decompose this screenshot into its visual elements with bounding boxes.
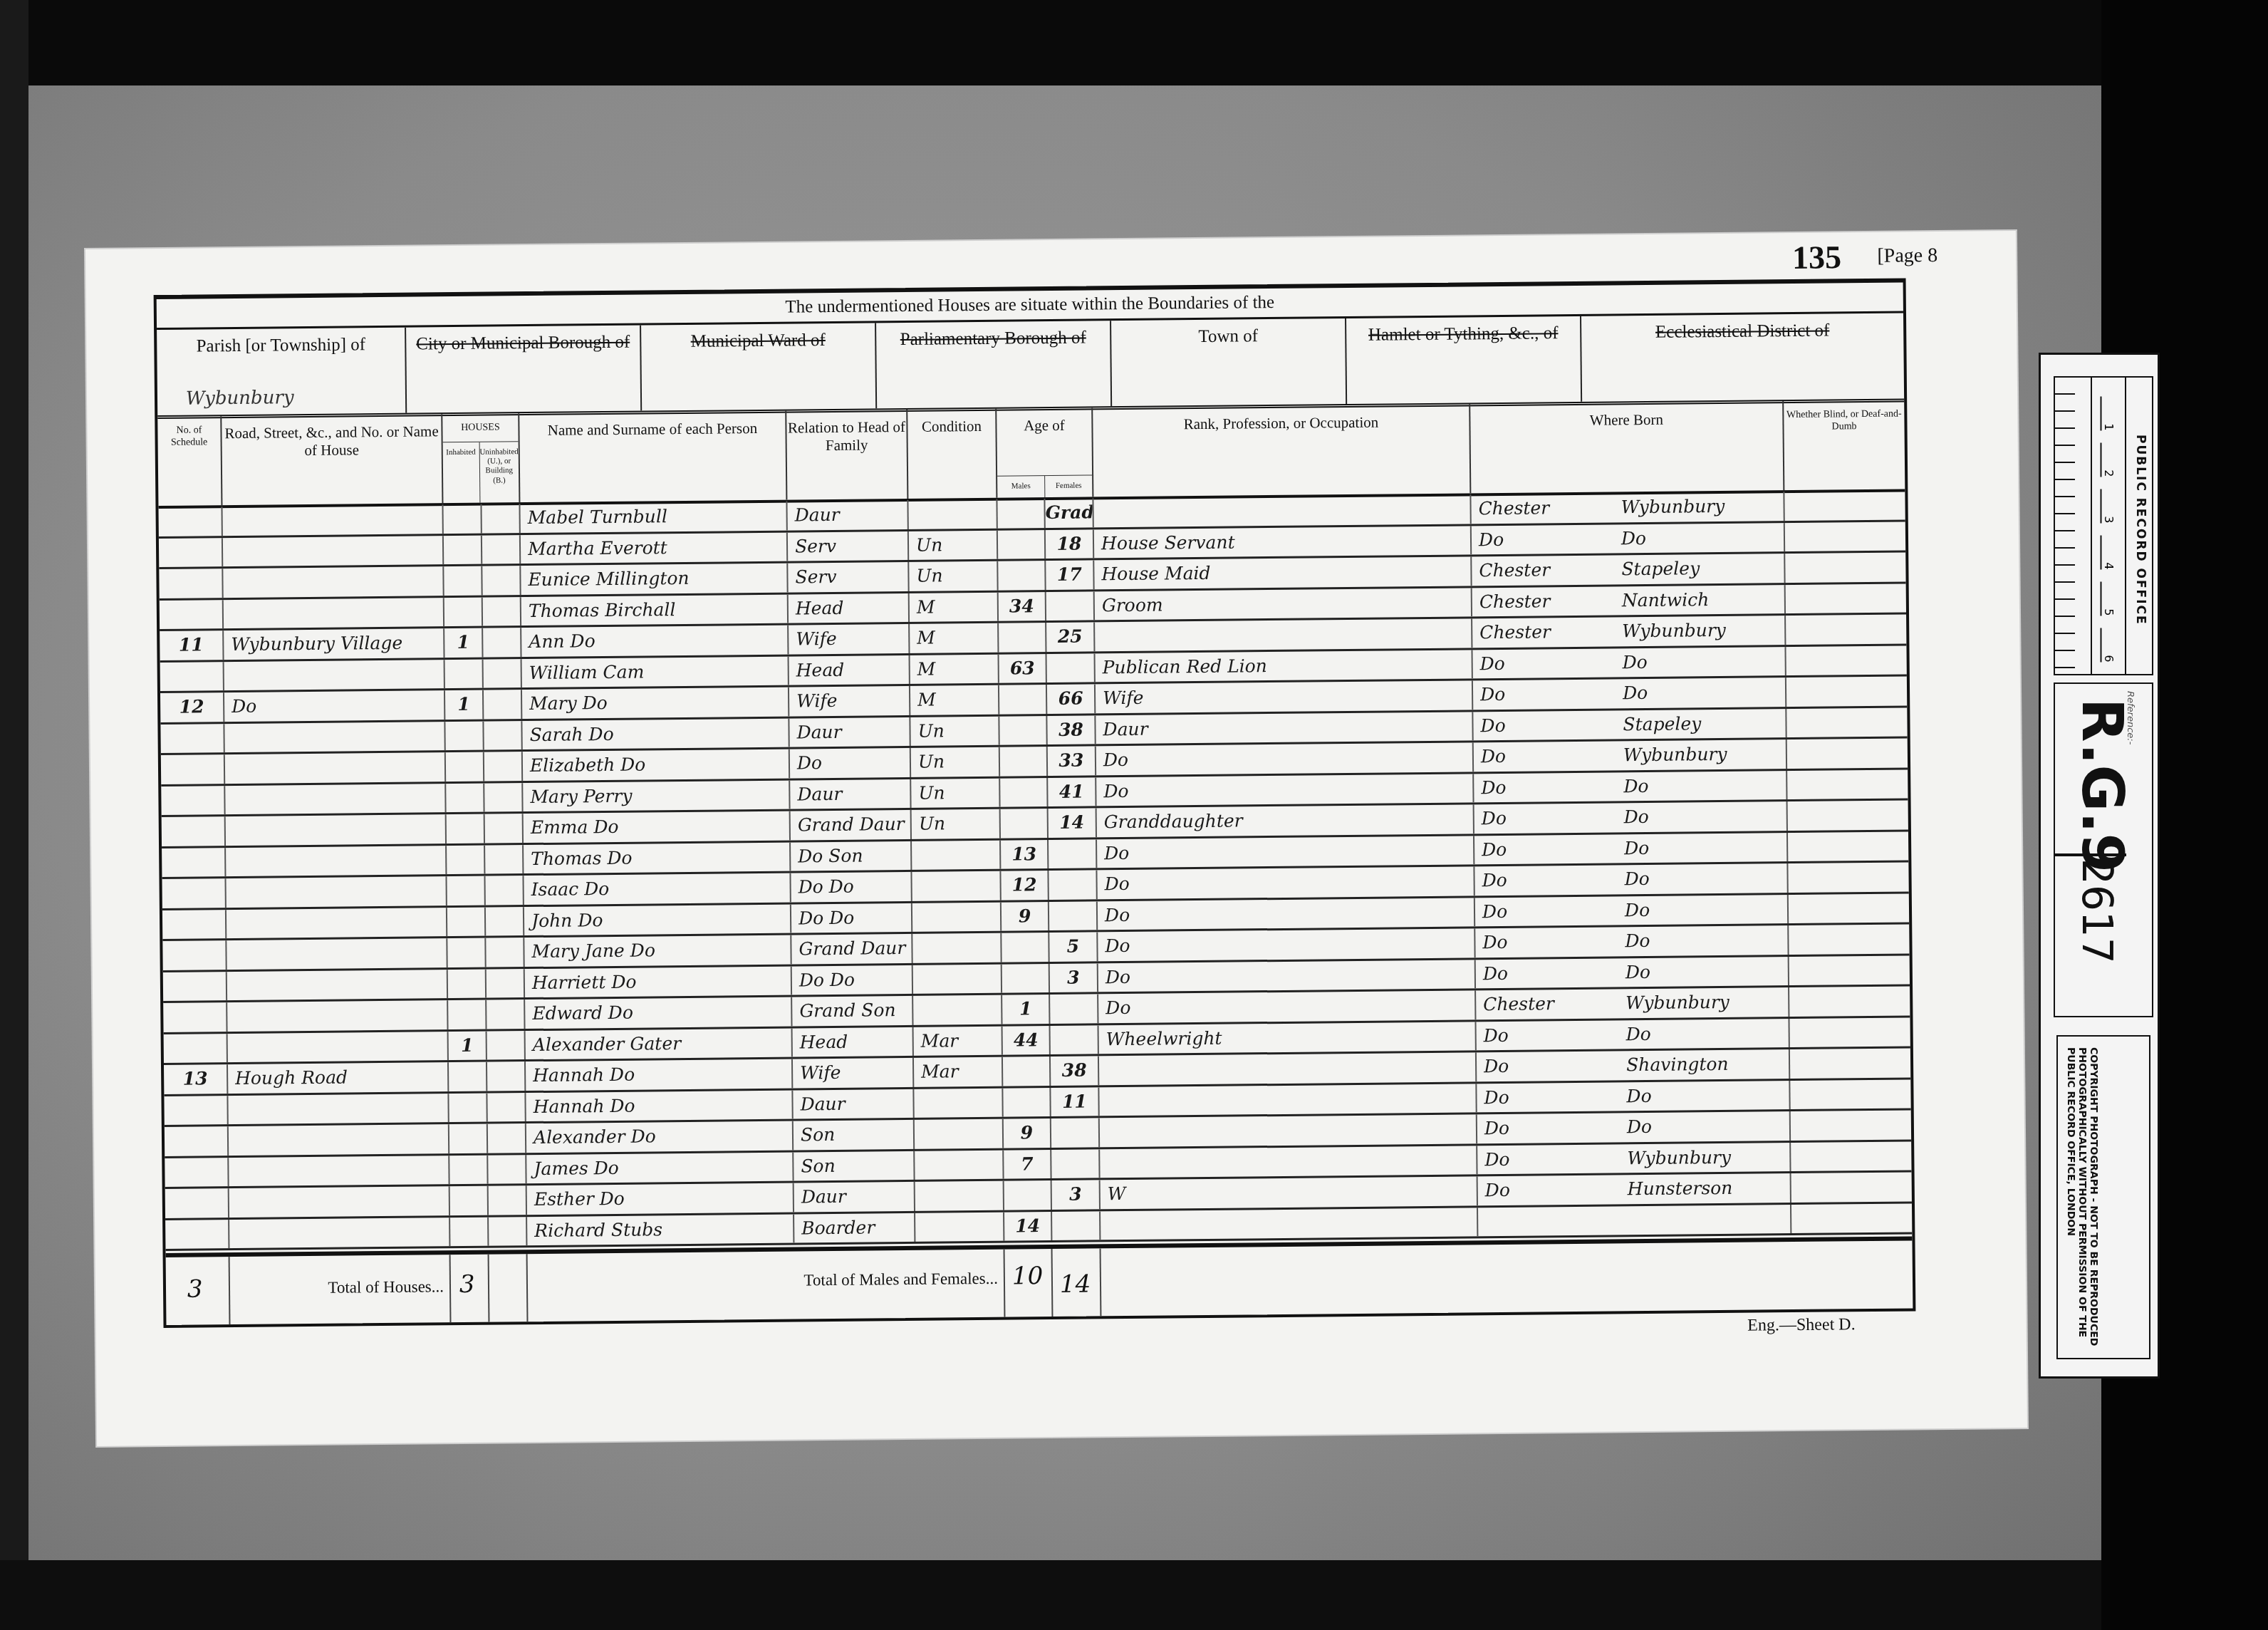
cell-county: Chester [1472,586,1615,616]
scan-border-left [0,0,28,1630]
cell-county: Do [1474,803,1617,833]
cell-male-age: 7 [1004,1150,1051,1179]
cell-name: Mary Do [522,687,789,719]
cell-relation: Do [790,748,911,778]
cell-parish: Wybunbury [1616,739,1787,770]
cell-relation: Grand Daur [791,934,912,964]
cell-male-age: 34 [999,592,1046,621]
cell-condition: Un [910,716,999,746]
cell-schedule [165,1126,229,1156]
cell-address [229,1218,450,1248]
cell-uninhabited [487,1093,526,1122]
ruler-mark: 3 [2101,489,2116,524]
cell-address [225,784,446,814]
cell-female-age: 14 [1049,808,1097,837]
cell-schedule [164,1034,228,1063]
page-label: [Page 8 [1877,244,1937,268]
cell-occupation: Do [1096,742,1474,775]
cell-male-age [997,499,1045,528]
cell-female-age [1049,839,1097,868]
cell-parish: Do [1616,771,1787,801]
cell-uninhabited [483,597,521,626]
cell-female-age: 41 [1048,777,1096,806]
cell-occupation: Daur [1096,712,1473,744]
folio-number: 135 [1792,238,1842,276]
cell-name: James Do [526,1152,794,1183]
cell-male-age: 1 [1002,995,1050,1024]
cell-inhabited [445,721,484,750]
total-males-cell: 10 [1005,1249,1054,1317]
cell-occupation [1101,1208,1478,1240]
cell-occupation [1100,1146,1477,1178]
cell-disability [1791,1172,1912,1202]
cell-condition [912,902,1002,932]
cell-address: Hough Road [228,1062,449,1093]
cell-name: William Cam [522,656,789,687]
cell-male-age [1000,747,1048,776]
cell-parish: Wybunbury [1618,987,1789,1018]
cell-female-age: 17 [1046,560,1094,589]
total-houses-label-cell: Total of Houses... [230,1255,452,1324]
cell-address [229,1156,449,1186]
admin-division-label: Parish [or Township] of [196,335,365,355]
cell-schedule [159,538,223,567]
header-disability: Whether Blind, or Deaf-and-Dumb [1784,400,1905,491]
cell-inhabited [446,783,484,812]
cell-county: Chester [1472,555,1614,585]
cell-name: Isaac Do [524,873,791,905]
cell-name: Alexander Gater [526,1028,793,1059]
total-schedules-cell: 3 [166,1257,231,1325]
admin-division-label: Hamlet or Tything, &c., of [1368,323,1559,345]
cell-uninhabited [486,938,524,967]
cell-occupation: Do [1097,866,1474,899]
cell-female-age [1047,653,1096,682]
cell-relation: Son [794,1151,915,1180]
cell-condition: Un [912,809,1001,839]
cell-schedule: 12 [160,692,224,722]
cell-inhabited [448,969,487,998]
cell-male-age [1000,778,1048,807]
header-females: Females [1045,475,1092,497]
cell-schedule [163,1002,227,1032]
cell-condition [913,964,1002,994]
cell-condition: Mar [914,1026,1003,1056]
cell-male-age [1003,1057,1051,1086]
cell-male-age [999,716,1047,745]
cell-female-age: 3 [1050,963,1098,992]
cell-male-age [1003,1088,1051,1117]
cell-disability [1791,1110,1911,1140]
cell-schedule [161,754,225,784]
cell-name: Hannah Do [526,1090,793,1121]
cell-condition [915,1181,1004,1211]
cell-female-age [1051,1118,1100,1147]
cell-uninhabited [487,1031,526,1060]
cell-inhabited: 1 [445,690,484,720]
cell-county: Do [1477,1051,1619,1081]
cell-relation: Head [793,1027,914,1057]
cell-female-age: 25 [1046,622,1095,651]
header-where-born: Where Born [1470,401,1784,493]
cell-schedule [160,662,224,691]
header-males: Males [997,476,1045,498]
cell-uninhabited [488,1123,526,1153]
cell-inhabited [444,597,483,626]
cell-name: Harriett Do [525,966,792,997]
cell-male-age: 9 [1004,1118,1051,1148]
cell-male-age: 14 [1004,1212,1052,1241]
cell-disability [1787,769,1908,799]
cell-parish: Shavington [1619,1049,1790,1080]
cell-county: Do [1476,1020,1618,1050]
total-persons-label: Total of Males and Females... [803,1270,998,1290]
cell-occupation [1099,1052,1477,1085]
measurement-ruler: 123456 PUBLIC RECORD OFFICE [2054,376,2153,675]
cell-uninhabited [482,535,521,564]
cell-male-age [999,685,1047,714]
cell-occupation: Do [1097,836,1474,868]
cell-name: Esther Do [527,1183,794,1215]
cell-condition [915,1212,1004,1242]
admin-division-4: Town of [1111,318,1347,406]
public-record-office-label: PUBLIC RECORD OFFICE [2133,435,2148,625]
cell-relation: Wife [793,1058,914,1088]
cell-county: Do [1473,679,1616,709]
admin-division-label: Ecclesiastical District of [1655,321,1830,342]
cell-address [224,722,445,752]
cell-female-age [1050,994,1098,1023]
cell-parish: Stapeley [1616,709,1786,739]
cell-address [225,752,446,783]
cell-disability [1787,738,1908,768]
cell-occupation: W [1101,1176,1478,1209]
cell-female-age: 3 [1052,1180,1101,1209]
cell-uninhabited [489,1217,527,1246]
admin-division-6: Ecclesiastical District of [1581,313,1904,402]
cell-male-age [1002,964,1050,993]
cell-address [226,814,447,845]
cell-schedule [158,507,222,536]
cell-occupation: Publican Red Lion [1096,650,1473,682]
cell-inhabited: 1 [444,628,483,658]
cell-name: Mabel Turnbull [520,502,787,533]
cell-condition [912,840,1001,870]
ruler-inch-scale [2055,378,2092,674]
cell-county: Do [1474,865,1617,895]
cell-relation: Wife [789,686,910,716]
cell-relation: Daur [790,779,911,809]
cell-male-age: 9 [1002,902,1049,931]
totals-row: 3 Total of Houses... 3 Total of Males an… [166,1236,1913,1325]
cell-disability [1790,1079,1910,1109]
cell-inhabited [449,1062,487,1091]
cell-inhabited [444,535,482,564]
cell-occupation: House Servant [1094,526,1472,559]
cell-relation: Grand Son [792,996,913,1026]
age-subcolumns: Males Females [997,474,1092,497]
cell-male-age [1001,809,1049,838]
cell-address: Do [224,690,445,721]
cell-inhabited [447,876,485,905]
cell-relation: Do Do [791,903,912,933]
ruler-mark: 5 [2101,582,2116,616]
cell-condition: M [910,654,999,684]
cell-name: Hannah Do [526,1059,793,1091]
cell-male-age: 12 [1001,871,1049,900]
cell-parish: Do [1614,523,1785,554]
cell-address [224,598,444,628]
cell-inhabited [443,504,482,534]
cell-relation: Grand Daur [791,810,912,840]
admin-division-5: Hamlet or Tything, &c., of [1346,316,1582,404]
header-age: Age of Males Females [997,407,1093,497]
cell-condition [914,1088,1003,1118]
cell-parish: Wybunbury [1620,1143,1791,1173]
cell-county [1478,1206,1621,1236]
cell-name: Thomas Do [524,842,791,873]
total-persons-label-cell: Total of Males and Females... [528,1250,1006,1322]
cell-relation: Boarder [794,1213,915,1242]
ruler-mark: 4 [2101,536,2116,570]
cell-name: Sarah Do [522,718,789,749]
header-houses-label: HOUSES [461,422,500,433]
cell-schedule [159,569,223,598]
cell-uninhabited [484,721,522,750]
cell-schedule [162,910,227,939]
cell-address [223,536,444,566]
cell-uninhabited [486,907,524,936]
cell-schedule [163,972,227,1001]
cell-female-age: 18 [1046,529,1094,559]
header-uninhabited: Uninhabited (U.), or Building (B.) [479,442,519,503]
cell-inhabited [450,1217,489,1246]
header-condition: Condition [907,409,997,499]
cell-name: Mary Perry [523,780,790,811]
cell-condition: M [910,685,999,715]
admin-division-label: Town of [1198,326,1258,346]
cell-disability [1786,583,1906,613]
cell-occupation: Granddaughter [1097,804,1474,837]
cell-address [227,970,448,1000]
cell-schedule [165,1158,229,1187]
cell-uninhabited [487,969,525,998]
cell-condition [912,933,1002,963]
header-relation: Relation to Head of Family [786,410,908,500]
cell-address [229,1124,449,1155]
cell-schedule: 11 [160,630,224,660]
cell-uninhabited [489,1185,527,1215]
houses-subcolumns: Inhabited Uninhabited (U.), or Building … [443,441,519,503]
cell-uninhabited [484,783,523,812]
reference-divider [2055,853,2126,856]
cell-relation: Son [794,1120,915,1150]
cell-parish: Do [1620,1111,1791,1142]
total-schedules: 3 [187,1275,203,1303]
cell-disability [1786,707,1907,737]
cell-county: Chester [1472,617,1615,647]
cell-disability [1789,986,1910,1016]
cell-inhabited: 1 [449,1031,487,1060]
cell-schedule [160,724,224,753]
cell-schedule [165,1220,229,1249]
cell-female-age: 5 [1049,932,1098,961]
cell-relation: Do Do [791,872,912,902]
cell-condition: Un [909,530,998,560]
cell-parish: Do [1616,678,1786,708]
cell-county: Chester [1471,493,1613,523]
cell-county: Do [1474,834,1617,864]
cell-female-age: 33 [1048,746,1096,775]
cell-address [226,846,447,876]
cell-schedule [165,1188,229,1218]
cell-county: Do [1472,648,1615,678]
cell-county: Do [1474,772,1616,802]
cell-county: Chester [1476,989,1618,1019]
copyright-text: COPYRIGHT PHOTOGRAPH - NOT TO BE REPRODU… [2065,1047,2099,1358]
cell-occupation: Do [1098,990,1476,1023]
cell-female-age: Grad [1045,498,1093,527]
cell-county: Do [1476,958,1618,988]
totals-blank [1101,1240,1913,1316]
cell-schedule [162,848,226,877]
reference-piece: 2617 [2073,858,2121,964]
cell-condition: Un [911,778,1000,808]
scan-border-bottom [0,1560,2268,1630]
total-houses-label: Total of Houses... [328,1277,444,1297]
cell-female-age: 11 [1051,1087,1099,1116]
cell-male-age [998,530,1046,559]
cell-schedule [160,600,224,629]
cell-occupation [1099,1084,1477,1116]
cell-condition: Mar [914,1057,1003,1087]
cell-relation: Wife [789,624,910,654]
header-address: Road, Street, &c., and No. or Name of Ho… [222,414,443,505]
cell-name: Edward Do [525,997,792,1029]
cell-name: Emma Do [524,811,791,843]
reference-box: Reference:- R.G.9 2617 [2054,682,2153,1017]
cell-relation: Daur [787,500,908,530]
cell-relation: Head [789,655,910,685]
cell-county: Do [1472,524,1614,554]
cell-occupation: Groom [1095,588,1472,621]
cell-county: Do [1477,1113,1620,1143]
cell-disability [1785,521,1905,551]
cell-inhabited [447,938,486,967]
cell-name: Eunice Millington [521,564,788,595]
cell-relation: Daur [789,717,910,747]
cell-condition: M [910,592,999,622]
cell-parish: Do [1618,925,1789,956]
total-females-cell: 14 [1053,1248,1102,1317]
admin-division-0: Parish [or Township] ofWybunbury [157,328,407,415]
cell-occupation: Do [1098,928,1475,961]
cell-male-age: 44 [1003,1026,1051,1055]
cell-inhabited [447,814,485,843]
cell-name: Elizabeth Do [523,749,790,781]
cell-parish [1621,1205,1791,1235]
cell-uninhabited [488,1155,526,1184]
cell-male-age: 13 [1001,840,1049,869]
total-females: 14 [1060,1270,1091,1299]
cell-inhabited [447,845,485,874]
cell-county: Do [1477,1082,1619,1112]
census-entries: Mabel TurnbullDaurGradChesterWybunburyMa… [158,490,1912,1250]
cell-relation: Daur [793,1089,914,1118]
cell-county: Do [1478,1175,1621,1205]
cell-disability [1786,614,1906,644]
total-uninhabited-cell [489,1254,529,1322]
cell-inhabited [450,1186,489,1215]
cell-occupation: Wife [1096,680,1473,713]
cell-disability [1791,1141,1911,1171]
cell-name: Martha Everott [521,532,788,564]
cell-female-age [1049,901,1098,930]
cell-male-age [999,623,1046,652]
header-name: Name and Surname of each Person [519,411,787,503]
cell-inhabited [444,566,482,596]
admin-division-label: Parliamentary Borough of [900,328,1086,350]
cell-county: Do [1477,1144,1620,1174]
cell-disability [1786,676,1907,706]
cell-name: Ann Do [521,625,789,657]
cell-address [226,876,447,907]
cell-relation: Do Do [792,965,913,995]
cell-parish: Wybunbury [1613,492,1784,522]
cell-occupation: Wheelwright [1099,1022,1477,1054]
cell-uninhabited [483,628,521,657]
cell-uninhabited [484,659,522,688]
cell-parish: Do [1619,1081,1790,1111]
cell-disability [1789,955,1910,985]
cell-uninhabited [482,504,520,533]
cell-address [229,1186,450,1217]
cell-address [227,908,447,938]
cell-parish: Stapeley [1614,554,1785,584]
cell-occupation: Do [1096,774,1474,806]
cell-disability [1788,862,1908,892]
cell-relation: Head [789,593,910,623]
cell-male-age [1002,933,1049,962]
cell-male-age: 63 [999,654,1047,683]
cell-address [227,938,447,969]
cell-disability [1786,645,1906,675]
admin-division-1: City or Municipal Borough of [406,326,642,413]
cell-county: Do [1473,710,1616,740]
cell-disability [1788,800,1908,830]
cell-parish: Do [1615,647,1786,678]
header-occupation: Rank, Profession, or Occupation [1093,404,1471,497]
record-office-reference-strip: 123456 PUBLIC RECORD OFFICE Reference:- … [2039,353,2160,1379]
cell-condition [912,871,1001,901]
cell-uninhabited [487,1000,525,1029]
cell-relation: Serv [788,562,909,592]
scan-border-top [0,0,2268,85]
cell-inhabited [448,1000,487,1029]
cell-schedule [162,878,226,908]
cell-inhabited [445,659,484,688]
cell-disability [1789,924,1909,954]
cell-occupation [1095,618,1472,651]
cell-occupation: Do [1098,960,1476,992]
cell-address: Wybunbury Village [224,628,444,659]
cell-relation: Serv [788,531,909,561]
cell-schedule [162,816,226,846]
cell-condition: M [910,623,999,653]
reference-series: R.G.9 [2069,698,2136,873]
cell-schedule [161,786,225,815]
admin-division-label: City or Municipal Borough of [416,333,630,354]
